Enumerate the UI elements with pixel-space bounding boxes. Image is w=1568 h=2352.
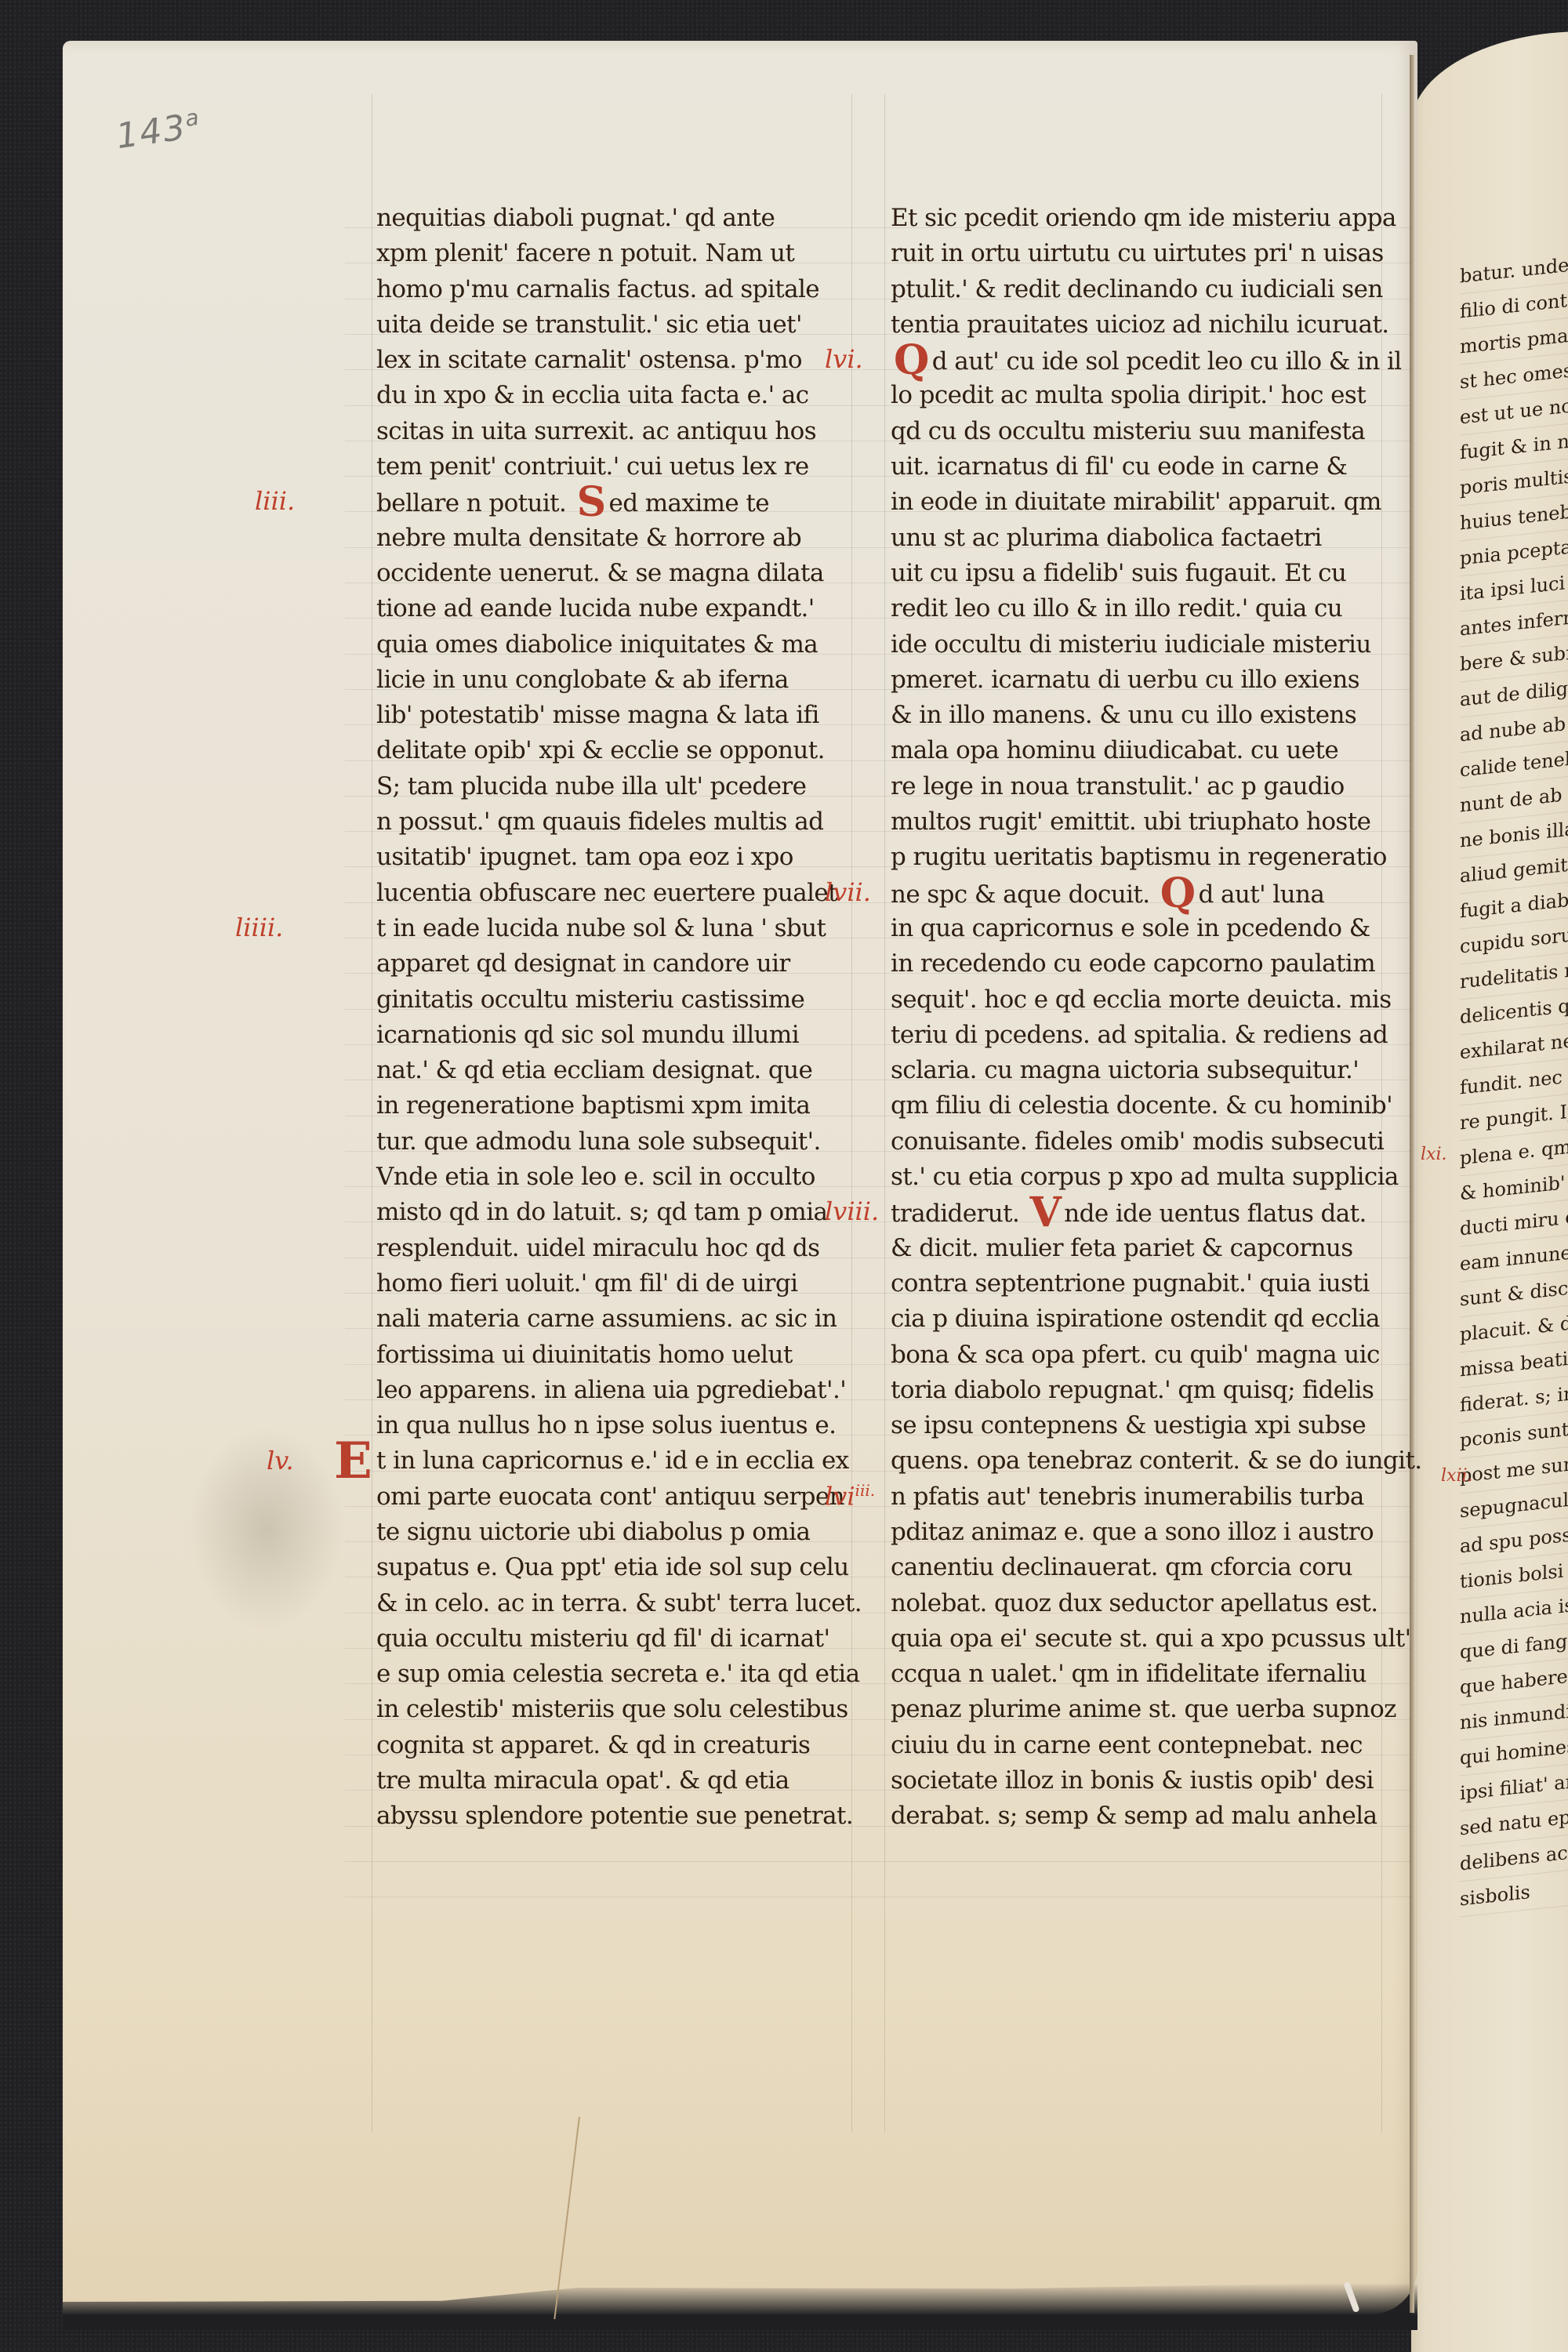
text-line: du in xpo & in ecclia uita facta e.' ac bbox=[376, 378, 851, 413]
text-line-content: d aut' luna bbox=[1199, 880, 1325, 909]
text-line: lucentia obfuscare nec euertere pualet bbox=[376, 876, 851, 911]
chapter-numeral: liii. bbox=[255, 486, 295, 516]
text-line: sequit'. hoc e qd ecclia morte deuicta. … bbox=[891, 982, 1385, 1018]
text-line: tre multa miracula opat'. & qd etia bbox=[376, 1763, 851, 1798]
text-line: unu st ac plurima diabolica factaetri bbox=[891, 521, 1385, 556]
text-line: & in illo manens. & unu cu illo existens bbox=[891, 698, 1385, 733]
text-line: redit leo cu illo & in illo redit.' quia… bbox=[891, 591, 1385, 626]
text-line: nali materia carne assumiens. ac sic in bbox=[376, 1301, 851, 1337]
text-line: usitatib' ipugnet. tam opa eoz i xpo bbox=[376, 840, 851, 875]
ruling-line bbox=[345, 1861, 1411, 1862]
text-line: uit cu ipsu a fidelib' suis fugauit. Et … bbox=[891, 556, 1385, 591]
text-line: quia occultu misteriu qd fil' di icarnat… bbox=[376, 1621, 851, 1657]
rubricated-initial: S bbox=[577, 485, 606, 520]
text-line: nebre multa densitate & horrore ab bbox=[376, 521, 851, 556]
text-line: Et sic pcedit oriendo qm ide misteriu ap… bbox=[891, 201, 1385, 236]
text-line: S; tam plucida nube illa ult' pcedere bbox=[376, 769, 851, 804]
text-line: tradiderut. Vnde ide uentus flatus dat. bbox=[891, 1195, 1385, 1230]
text-line: p rugitu ueritatis baptismu in regenerat… bbox=[891, 840, 1385, 875]
left-text-column: nequitias diaboli pugnat.' qd antexpm pl… bbox=[376, 201, 851, 1835]
text-line: mala opa hominu diiudicabat. cu uete bbox=[891, 733, 1385, 768]
text-line: ruit in ortu uirtutu cu uirtutes pri' n … bbox=[891, 236, 1385, 271]
chapter-numeral: lv. bbox=[267, 1446, 294, 1475]
text-line: tentia prauitates uicioz ad nichilu icur… bbox=[891, 307, 1385, 343]
text-line: abyssu splendore potentie sue penetrat. bbox=[376, 1798, 851, 1834]
text-line: st.' cu etia corpus p xpo ad multa suppl… bbox=[891, 1160, 1385, 1195]
text-line: homo fieri uoluit.' qm fil' di de uirgi bbox=[376, 1266, 851, 1301]
text-line: in regeneratione baptismi xpm imita bbox=[376, 1088, 851, 1123]
text-line: lex in scitate carnalit' ostensa. p'mo bbox=[376, 343, 851, 378]
text-line-content: ed maxime te bbox=[609, 489, 770, 517]
text-line: tione ad eande lucida nube expandt.' bbox=[376, 591, 851, 626]
rubricated-initial: V bbox=[1029, 1195, 1061, 1230]
text-line: tur. que admodu luna sole subsequit'. bbox=[376, 1124, 851, 1160]
chapter-numeral: lvii. bbox=[825, 877, 871, 907]
text-line: nolebat. quoz dux seductor apellatus est… bbox=[891, 1586, 1385, 1621]
rubricated-initial: Q bbox=[894, 343, 929, 378]
text-line: quia opa ei' secute st. qui a xpo pcussu… bbox=[891, 1621, 1385, 1657]
text-line: quia omes diabolice iniquitates & ma bbox=[376, 627, 851, 662]
chapter-numeral: lviii. bbox=[825, 1196, 879, 1226]
text-line: sclaria. cu magna uictoria subsequitur.' bbox=[891, 1053, 1385, 1088]
text-line: penaz plurime anime st. que uerba supnoz bbox=[891, 1692, 1385, 1727]
text-line: cia p diuina ispiratione ostendit qd ecc… bbox=[891, 1301, 1385, 1337]
text-line: toria diabolo repugnat.' qm quisq; fidel… bbox=[891, 1373, 1385, 1408]
facing-marginal-numeral: lxii. bbox=[1441, 1466, 1473, 1486]
text-line: in recedendo cu eode capcorno paulatim bbox=[891, 946, 1385, 982]
text-line: ne spc & aque docuit. Qd aut' luna bbox=[891, 876, 1385, 911]
text-line: cognita st apparet. & qd in creaturis bbox=[376, 1728, 851, 1763]
text-line-content: ne spc & aque docuit. bbox=[891, 880, 1157, 909]
chapter-numeral: liiii. bbox=[235, 913, 283, 942]
text-line: te signu uictorie ubi diabolus p omia bbox=[376, 1515, 851, 1550]
chapter-numeral: lviiii. bbox=[825, 1481, 875, 1512]
text-line: licie in unu conglobate & ab iferna bbox=[376, 662, 851, 698]
text-line: in qua capricornus e sole in pcedendo & bbox=[891, 911, 1385, 946]
text-line: ide occultu di misteriu iudiciale mister… bbox=[891, 627, 1385, 662]
text-line: resplenduit. uidel miraculu hoc qd ds bbox=[376, 1231, 851, 1266]
text-line: canentiu declinauerat. qm cforcia coru bbox=[891, 1550, 1385, 1585]
text-line-content: bellare n potuit. bbox=[376, 489, 574, 517]
text-line: lib' potestatib' misse magna & lata ifi bbox=[376, 698, 851, 733]
text-line: fortissima ui diuinitatis homo uelut bbox=[376, 1338, 851, 1373]
text-line: ciuiu du in carne eent contepnebat. nec bbox=[891, 1728, 1385, 1763]
text-line-content: tradiderut. bbox=[891, 1200, 1026, 1228]
text-line: n possut.' qm quauis fideles multis ad bbox=[376, 804, 851, 840]
text-line: delitate opib' xpi & ecclie se opponut. bbox=[376, 733, 851, 768]
text-line: Vnde etia in sole leo e. scil in occulto bbox=[376, 1160, 851, 1195]
text-line: tem penit' contriuit.' cui uetus lex re bbox=[376, 449, 851, 485]
text-line: icarnationis qd sic sol mundu illumi bbox=[376, 1018, 851, 1053]
text-line: quens. opa tenebraz conterit. & se do iu… bbox=[891, 1443, 1385, 1479]
facing-marginal-numeral: lxi. bbox=[1421, 1145, 1446, 1164]
ruling-line bbox=[884, 94, 885, 2132]
ruling-line bbox=[345, 1896, 1411, 1897]
rubricated-initial: Q bbox=[1160, 876, 1196, 911]
chapter-numeral: lvi. bbox=[825, 344, 863, 374]
text-line-content: nde ide uentus flatus dat. bbox=[1064, 1200, 1367, 1228]
text-line: lo pcedit ac multa spolia diripit.' hoc … bbox=[891, 378, 1385, 413]
text-line: uit. icarnatus di fil' cu eode in carne … bbox=[891, 449, 1385, 485]
gutter-fold bbox=[1410, 55, 1414, 2313]
text-line: bellare n potuit. Sed maxime te bbox=[376, 485, 851, 520]
ruling-line bbox=[372, 94, 372, 2132]
text-line: ptulit.' & redit declinando cu iudiciali… bbox=[891, 272, 1385, 307]
text-line: pmeret. icarnatu di uerbu cu illo exiens bbox=[891, 662, 1385, 698]
text-line-content: d aut' cu ide sol pcedit leo cu illo & i… bbox=[932, 347, 1402, 376]
text-line: t in eade lucida nube sol & luna ' sbut bbox=[376, 911, 851, 946]
text-line: societate illoz in bonis & iustis opib' … bbox=[891, 1763, 1385, 1798]
chapter-numeral-superscript: iii. bbox=[855, 1481, 876, 1500]
rubricated-initial: E bbox=[334, 1443, 372, 1479]
facing-page-text: batur. unde antiquu fefilio di contrit' … bbox=[1460, 242, 1568, 1917]
text-line: leo apparens. in aliena uia pgrediebat'.… bbox=[376, 1373, 851, 1408]
text-line: e sup omia celestia secreta e.' ita qd e… bbox=[376, 1657, 851, 1692]
text-line: & in celo. ac in terra. & subt' terra lu… bbox=[376, 1586, 851, 1621]
text-line: contra septentrione pugnabit.' quia iust… bbox=[891, 1266, 1385, 1301]
text-line: misto qd in do latuit. s; qd tam p omia bbox=[376, 1195, 851, 1230]
text-line: xpm plenit' facere n potuit. Nam ut bbox=[376, 236, 851, 271]
right-text-column: Et sic pcedit oriendo qm ide misteriu ap… bbox=[891, 201, 1385, 1835]
text-line: scitas in uita surrexit. ac antiquu hos bbox=[376, 414, 851, 449]
text-line: occidente uenerut. & se magna dilata bbox=[376, 556, 851, 591]
text-line: qm filiu di celestia docente. & cu homin… bbox=[891, 1088, 1385, 1123]
text-line: ccqua n ualet.' qm in ifidelitate iferna… bbox=[891, 1657, 1385, 1692]
text-line: & dicit. mulier feta pariet & capcornus bbox=[891, 1231, 1385, 1266]
text-line: se ipsu contepnens & uestigia xpi subse bbox=[891, 1408, 1385, 1443]
text-line: supatus e. Qua ppt' etia ide sol sup cel… bbox=[376, 1550, 851, 1585]
text-line: re lege in noua transtulit.' ac p gaudio bbox=[891, 769, 1385, 804]
text-line: bona & sca opa pfert. cu quib' magna uic bbox=[891, 1338, 1385, 1373]
text-line: Qd aut' cu ide sol pcedit leo cu illo & … bbox=[891, 343, 1385, 378]
text-line: conuisante. fideles omib' modis subsecut… bbox=[891, 1124, 1385, 1160]
text-line-content: t in luna capricornus e.' id e in ecclia… bbox=[376, 1446, 849, 1475]
text-line: omi parte euocata cont' antiquu serpen bbox=[376, 1479, 851, 1515]
text-line: Et in luna capricornus e.' id e in eccli… bbox=[376, 1443, 851, 1479]
text-line: pditaz animaz e. que a sono illoz i aust… bbox=[891, 1515, 1385, 1550]
text-line: nat.' & qd etia eccliam designat. que bbox=[376, 1053, 851, 1088]
text-line: qd cu ds occultu misteriu suu manifesta bbox=[891, 414, 1385, 449]
text-line: homo p'mu carnalis factus. ad spitale bbox=[376, 272, 851, 307]
text-line: nequitias diaboli pugnat.' qd ante bbox=[376, 201, 851, 236]
text-line: derabat. s; semp & semp ad malu anhela bbox=[891, 1798, 1385, 1834]
text-line: in celestib' misteriis que solu celestib… bbox=[376, 1692, 851, 1727]
text-line: teriu di pcedens. ad spitalia. & rediens… bbox=[891, 1018, 1385, 1053]
text-line: in eode in diuitate mirabilit' apparuit.… bbox=[891, 485, 1385, 520]
text-line: in qua nullus ho n ipse solus iuentus e. bbox=[376, 1408, 851, 1443]
facing-page: batur. unde antiquu fefilio di contrit' … bbox=[1411, 31, 1568, 2352]
text-line: apparet qd designat in candore uir bbox=[376, 946, 851, 982]
text-line: n pfatis aut' tenebris inumerabilis turb… bbox=[891, 1479, 1385, 1515]
text-line: uita deide se transtulit.' sic etia uet' bbox=[376, 307, 851, 343]
text-line: multos rugit' emittit. ubi triuphato hos… bbox=[891, 804, 1385, 840]
text-line: ginitatis occultu misteriu castissime bbox=[376, 982, 851, 1018]
